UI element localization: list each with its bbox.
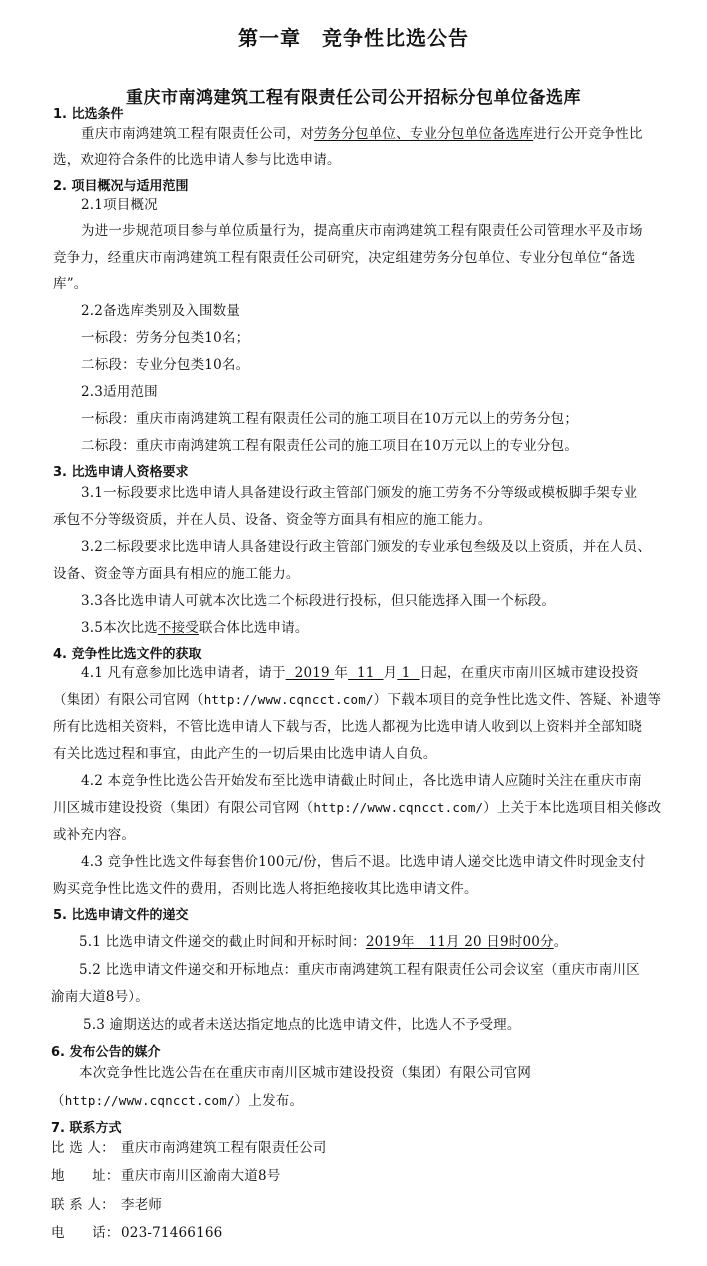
underlined-text: 劳务分包单位、专业分包单位备选库 — [314, 126, 533, 142]
website-link[interactable]: http://www.cqncct.com/ — [65, 1093, 235, 1108]
contact-value: 023-71466166 — [121, 1225, 222, 1241]
text: ）上发布。 — [235, 1093, 304, 1109]
contact-label: 电 话： — [51, 1224, 121, 1242]
clause-5-2-line-1: 5.2 比选申请文件递交和开标地点：重庆市南鸿建筑工程有限责任公司会议室（重庆市… — [79, 961, 640, 979]
text: （ — [51, 1093, 65, 1109]
clause-4-1-line-4: 有关比选过程和事宜，由此产生的一切后果由比选申请人自负。 — [53, 745, 437, 763]
media-paragraph-line-1: 本次竞争性比选公告在在重庆市南川区城市建设投资（集团）有限公司官网 — [79, 1064, 531, 1082]
deadline-datetime: 2019年 11月 20 日9时00分 — [366, 934, 554, 950]
section-1-heading: 1. 比选条件 — [53, 106, 124, 124]
section-2-paragraph-line-3: 库”。 — [53, 275, 88, 293]
requirement-3-1-line-2: 承包不分等级资质，并在人员、设备、资金等方面具有相应的施工能力。 — [53, 511, 491, 529]
subsection-2-3-title: 2.3适用范围 — [81, 383, 158, 401]
section-1-paragraph-line-1: 重庆市南鸿建筑工程有限责任公司，对劳务分包单位、专业分包单位备选库进行公开竞争性… — [81, 125, 643, 143]
text: 日起，在重庆市南川区城市建设投资 — [420, 665, 639, 681]
quota-lot-2: 二标段：专业分包类10名。 — [81, 356, 249, 374]
clause-4-1-line-2: （集团）有限公司官网（http://www.cqncct.com/）下载本项目的… — [53, 691, 661, 709]
contact-label: 地 址： — [51, 1167, 121, 1185]
requirement-3-2-line-2: 设备、资金等方面具有相应的施工能力。 — [53, 565, 300, 583]
media-paragraph-line-2: （http://www.cqncct.com/）上发布。 — [51, 1092, 303, 1110]
requirement-3-1-line-1: 3.1一标段要求比选申请人具备建设行政主管部门颁发的施工劳务不分等级或模板脚手架… — [81, 484, 637, 502]
contact-label: 联 系 人： — [51, 1196, 121, 1214]
contact-row-tenderer: 比 选 人：重庆市南鸿建筑工程有限责任公司 — [51, 1139, 327, 1157]
section-6-heading: 6. 发布公告的媒介 — [51, 1044, 161, 1062]
scope-lot-1: 一标段：重庆市南鸿建筑工程有限责任公司的施工项目在10万元以上的劳务分包； — [81, 410, 578, 428]
section-2-paragraph-line-1: 为进一步规范项目参与单位质量行为，提高重庆市南鸿建筑工程有限责任公司管理水平及市… — [81, 222, 643, 240]
document-page: 第一章 竞争性比选公告 重庆市南鸿建筑工程有限责任公司公开招标分包单位备选库 1… — [0, 0, 707, 1266]
text: 川区城市建设投资（集团）有限公司官网（ — [53, 800, 313, 816]
clause-4-2-line-2: 川区城市建设投资（集团）有限公司官网（http://www.cqncct.com… — [53, 799, 661, 817]
quota-lot-1: 一标段：劳务分包类10名； — [81, 329, 249, 347]
section-1-paragraph-line-2: 选，欢迎符合条件的比选申请人参与比选申请。 — [53, 151, 341, 169]
contact-value: 重庆市南鸿建筑工程有限责任公司 — [121, 1140, 327, 1156]
section-5-heading: 5. 比选申请文件的递交 — [53, 907, 189, 925]
section-7-heading: 7. 联系方式 — [51, 1120, 122, 1138]
contact-row-address: 地 址：重庆市南川区渝南大道8号 — [51, 1167, 281, 1185]
document-title: 重庆市南鸿建筑工程有限责任公司公开招标分包单位备选库 — [0, 83, 707, 108]
text: （集团）有限公司官网（ — [53, 692, 204, 708]
text: 5.1 比选申请文件递交的截止时间和开标时间： — [79, 934, 366, 950]
day-blank: 1 — [397, 664, 419, 682]
year-blank: 2019 — [286, 664, 335, 682]
clause-5-3: 5.3 逾期送达的或者未送达指定地点的比选申请文件，比选人不予受理。 — [83, 1016, 521, 1034]
text: ）下载本项目的竞争性比选文件、答疑、补遗等 — [374, 692, 662, 708]
clause-4-3-line-2: 购买竞争性比选文件的费用，否则比选人将拒绝接收其比选申请文件。 — [53, 880, 478, 898]
contact-value: 重庆市南川区渝南大道8号 — [121, 1168, 281, 1184]
section-4-heading: 4. 竞争性比选文件的获取 — [53, 646, 202, 664]
requirement-3-3: 3.3各比选申请人可就本次比选二个标段进行投标，但只能选择入围一个标段。 — [81, 592, 555, 610]
clause-5-2-line-2: 渝南大道8号）。 — [51, 988, 149, 1006]
clause-4-1-line-3: 所有比选相关资料，不管比选申请人下载与否，比选人都视为比选申请人收到以上资料并全… — [53, 718, 642, 736]
text: 重庆市南鸿建筑工程有限责任公司，对 — [81, 126, 314, 142]
subsection-2-1-title: 2.1项目概况 — [81, 196, 158, 214]
website-link[interactable]: http://www.cqncct.com/ — [313, 800, 483, 815]
text: ）上关于本比选项目相关修改 — [483, 800, 661, 816]
clause-4-2-line-1: 4.2 本竞争性比选公告开始发布至比选申请截止时间止，各比选申请人应随时关注在重… — [81, 772, 642, 790]
text: 联合体比选申请。 — [199, 620, 309, 636]
contact-value: 李老师 — [121, 1197, 162, 1213]
text: 年 — [334, 665, 348, 681]
requirement-3-5: 3.5本次比选不接受联合体比选申请。 — [81, 619, 309, 637]
text: 3.5本次比选 — [81, 620, 158, 636]
text: 。 — [554, 934, 568, 950]
section-3-heading: 3. 比选申请人资格要求 — [53, 464, 189, 482]
scope-lot-2: 二标段：重庆市南鸿建筑工程有限责任公司的施工项目在10万元以上的专业分包。 — [81, 437, 578, 455]
text: 4.1 凡有意参加比选申请者，请于 — [81, 665, 286, 681]
clause-4-3-line-1: 4.3 竞争性比选文件每套售价100元/份，售后不退。比选申请人递交比选申请文件… — [81, 853, 646, 871]
text: 月 — [384, 665, 398, 681]
contact-row-phone: 电 话：023-71466166 — [51, 1224, 222, 1242]
text: 进行公开竞争性比 — [533, 126, 643, 142]
chapter-title: 第一章 竞争性比选公告 — [0, 22, 707, 51]
contact-row-person: 联 系 人：李老师 — [51, 1196, 162, 1214]
subsection-2-2-title: 2.2备选库类别及入围数量 — [81, 302, 240, 320]
clause-5-1: 5.1 比选申请文件递交的截止时间和开标时间：2019年 11月 20 日9时0… — [79, 933, 567, 951]
requirement-3-2-line-1: 3.2二标段要求比选申请人具备建设行政主管部门颁发的专业承包叁级及以上资质，并在… — [81, 538, 651, 556]
clause-4-1-line-1: 4.1 凡有意参加比选申请者，请于 2019 年 11 月 1 日起，在重庆市南… — [81, 664, 639, 682]
clause-4-2-line-3: 或补充内容。 — [53, 826, 135, 844]
month-blank: 11 — [348, 664, 384, 682]
website-link[interactable]: http://www.cqncct.com/ — [204, 692, 374, 707]
underlined-text: 不接受 — [158, 620, 199, 636]
section-2-paragraph-line-2: 竞争力，经重庆市南鸿建筑工程有限责任公司研究，决定组建劳务分包单位、专业分包单位… — [53, 249, 636, 267]
contact-label: 比 选 人： — [51, 1139, 121, 1157]
section-2-heading: 2. 项目概况与适用范围 — [53, 178, 189, 196]
